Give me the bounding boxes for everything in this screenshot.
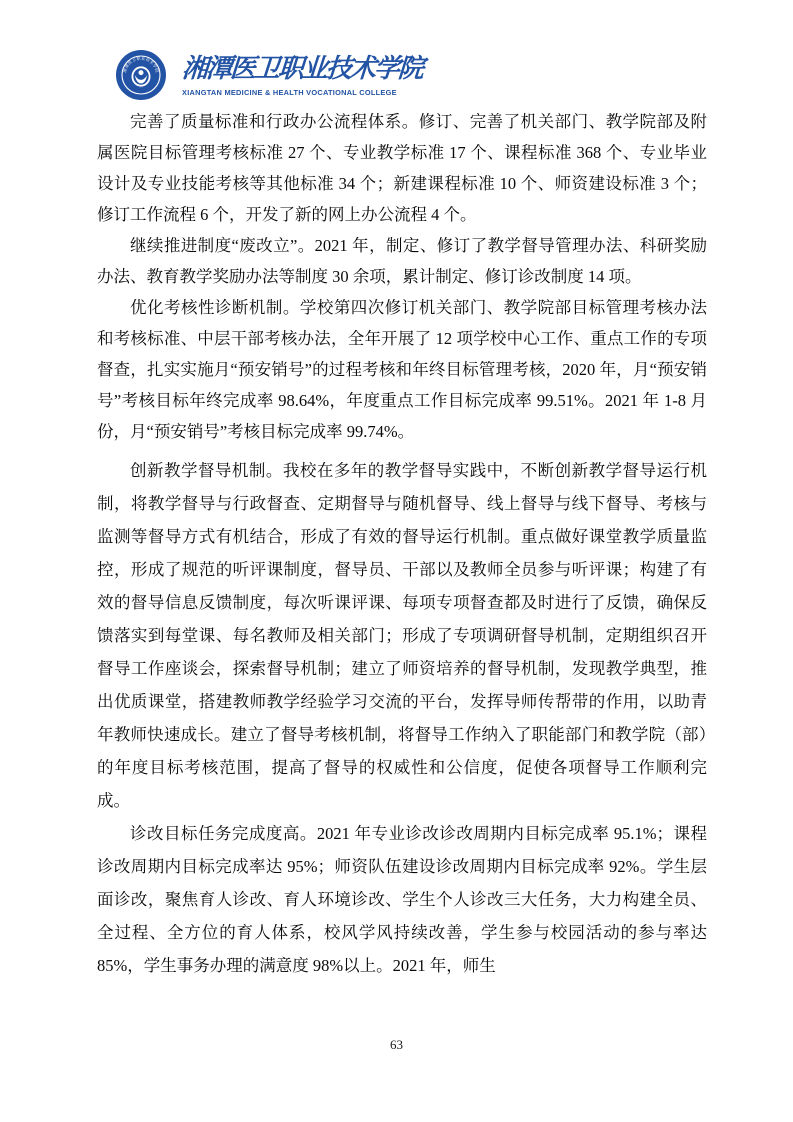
paragraph-quality-standards: 完善了质量标准和行政办公流程体系。修订、完善了机关部门、教学院部及附属医院目标管…: [97, 106, 707, 230]
college-header: 湘潭医卫职业技术学院 ···· 湘潭医卫职业技术学院 XIANGTAN MEDI…: [116, 50, 422, 100]
page-number: 63: [390, 1037, 403, 1052]
paragraph-system-reform: 继续推进制度“废改立”。2021 年，制定、修订了教学督导管理办法、科研奖励办法…: [97, 230, 707, 292]
college-name-english: XIANGTAN MEDICINE & HEALTH VOCATIONAL CO…: [182, 88, 422, 97]
report-body: 完善了质量标准和行政办公流程体系。修订、完善了机关部门、教学院部及附属医院目标管…: [97, 106, 707, 982]
seal-ring-subtext: ····: [139, 87, 143, 90]
college-seal-icon: 湘潭医卫职业技术学院 ····: [116, 50, 166, 100]
page-footer: 63: [0, 1036, 793, 1054]
paragraph-diagnosis-targets: 诊改目标任务完成度高。2021 年专业诊改诊改周期内目标完成率 95.1%；课程…: [97, 817, 707, 982]
document-page: 湘潭医卫职业技术学院 ···· 湘潭医卫职业技术学院 XIANGTAN MEDI…: [0, 0, 793, 1122]
paragraph-assessment-mechanism: 优化考核性诊断机制。学校第四次修订机关部门、教学院部目标管理考核办法和考核标准、…: [97, 292, 707, 447]
svg-text:····: ····: [139, 87, 143, 90]
college-name-calligraphy: 湘潭医卫职业技术学院: [181, 53, 423, 85]
college-title-block: 湘潭医卫职业技术学院 XIANGTAN MEDICINE & HEALTH VO…: [182, 53, 422, 97]
paragraph-supervision-mechanism: 创新教学督导机制。我校在多年的教学督导实践中，不断创新教学督导运行机制，将教学督…: [97, 454, 707, 817]
